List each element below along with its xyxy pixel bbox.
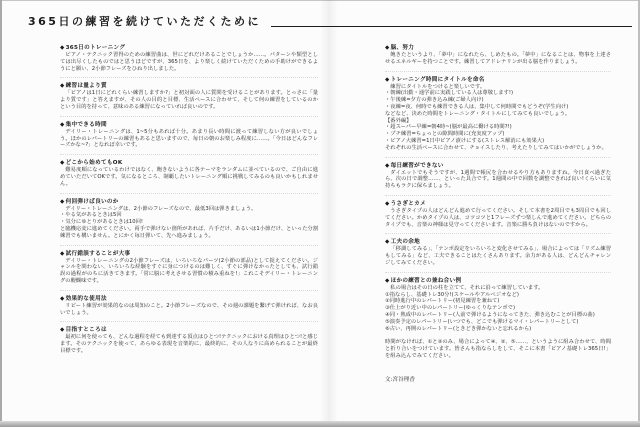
section-heading: ◆365日のトレーニング (60, 44, 318, 52)
text-section: ◆トレーニング時間にタイトルを命名 練習にタイトルをつけると楽しいです。 ・朝練… (385, 71, 611, 157)
diamond-bullet-icon: ◆ (385, 45, 390, 51)
text-section: ◆365日のトレーニング ピアノ・テクニック習得のための練習曲は、世にどれだけあ… (60, 44, 318, 77)
diamond-bullet-icon: ◆ (385, 278, 390, 284)
section-heading-text: トレーニング時間にタイトルを命名 (391, 77, 485, 83)
text-section: ◆毎日練習ができない ダイエットでもそうですが、1週間で帳尻を合わせるやり方もあ… (385, 157, 611, 195)
diamond-bullet-icon: ◆ (60, 83, 65, 89)
section-heading-text: 365日のトレーニング (66, 45, 126, 51)
diamond-bullet-icon: ◆ (60, 160, 65, 166)
diamond-bullet-icon: ◆ (60, 122, 65, 128)
diamond-bullet-icon: ◆ (60, 45, 65, 51)
section-heading-text: 脳、努力 (391, 45, 415, 51)
section-body-text: 私の場合はその日の柱を立てて、それに沿って練習しています。 ①指ならし、基礎トレ… (385, 285, 611, 360)
section-heading-text: どこから始めてもOK (66, 160, 123, 166)
section-body-text: リピート練習が効果的なのは周知のこと。2小節フレーズなので、その週の課題を繋げて… (60, 303, 318, 317)
section-body-text: デイリー・トレーニングは、2小節のフレーズなので、最低3回は弾きましょう。 ・や… (60, 206, 318, 240)
section-body-text: 練習にタイトルをつけると楽しいです。 ・朝練(出勤・通学前に実践している人は尊敬… (385, 84, 611, 152)
section-heading: ◆集中できる時間 (60, 121, 318, 129)
text-section: ◆試行錯誤することが大事 デイリー・トレーニングの2小節フレーズは、いろいろなパ… (60, 245, 318, 290)
diamond-bullet-icon: ◆ (60, 199, 65, 205)
section-heading-text: 目指すところは (66, 327, 107, 333)
section-heading-text: 工夫の余地 (391, 239, 420, 245)
text-section: ◆何回弾けば良いのか デイリー・トレーニングは、2小節のフレーズなので、最低3回… (60, 193, 318, 245)
section-heading-text: 毎日練習ができない (391, 163, 444, 169)
text-section: ◆うさぎとカメ うさぎタイプの人はどんどん進めて行ってください。そして本書を2周… (385, 195, 611, 233)
section-body-text: 「ピアノは1日にどれくらい練習しますか?」と初対面の人に質問を受けることがありま… (60, 90, 318, 110)
diamond-bullet-icon: ◆ (60, 296, 65, 302)
section-heading: ◆効果的な使用法 (60, 295, 318, 303)
section-heading: ◆脳、努力 (385, 44, 611, 52)
text-section: ◆工夫の余地 「移調してみる」、「テンポ設定をいろいろと変化させてみる」、場合に… (385, 233, 611, 271)
diamond-bullet-icon: ◆ (60, 327, 65, 333)
right-page-column: ◆脳、努力 飽きたというより、「夢中」になれたら、しめたもの。「夢中」になること… (385, 44, 611, 383)
text-section: ◆効果的な使用法 リピート練習が効果的なのは周知のこと。2小節フレーズなので、そ… (60, 290, 318, 322)
page-edge-bottom (0, 421, 640, 427)
section-heading-text: うさぎとカメ (391, 201, 426, 207)
author-credit: 文:宮谷理香 (385, 375, 611, 383)
text-section: ◆脳、努力 飽きたというより、「夢中」になれたら、しめたもの。「夢中」になること… (385, 44, 611, 71)
section-body-text: ピアノ・テクニック習得のための練習曲は、世にどれだけあることでしょうか……。パタ… (60, 52, 318, 72)
diamond-bullet-icon: ◆ (60, 251, 65, 257)
book-spread: 365日の練習を続けていただくために ◆365日のトレーニング ピアノ・テクニッ… (0, 0, 640, 427)
diamond-bullet-icon: ◆ (385, 163, 390, 169)
section-body-text: デイリー・トレーニングは、1~5分もあれば十分。あまり長い時間に渡って練習しない… (60, 129, 318, 149)
section-heading: ◆試行錯誤することが大事 (60, 250, 318, 258)
title-rule (271, 26, 632, 27)
section-heading: ◆何回弾けば良いのか (60, 198, 318, 206)
diamond-bullet-icon: ◆ (385, 201, 390, 207)
text-section: ◆ほかの練習との兼ね合い例 私の場合はその日の柱を立てて、それに沿って練習してい… (385, 272, 611, 365)
section-heading: ◆毎日練習ができない (385, 162, 611, 170)
section-heading-text: ほかの練習との兼ね合い例 (391, 278, 462, 284)
section-heading: ◆うさぎとカメ (385, 200, 611, 208)
text-section: ◆集中できる時間 デイリー・トレーニングは、1~5分もあれば十分。あまり長い時間… (60, 116, 318, 154)
section-body-text: 「移調してみる」、「テンポ設定をいろいろと変化させてみる」、場合によっては「リズ… (385, 246, 611, 266)
page-title: 365日の練習を続けていただくために (28, 13, 261, 29)
page-edge-left (0, 0, 2, 427)
section-heading: ◆トレーニング時間にタイトルを命名 (385, 76, 611, 84)
diamond-bullet-icon: ◆ (385, 77, 390, 83)
section-body-text: 最初に何を使っても、どんな過程を経ても到達する頂点はひとつ!テクニックにおける真… (60, 334, 318, 354)
title-row: 365日の練習を続けていただくために (28, 13, 632, 29)
right-page-sections: ◆脳、努力 飽きたというより、「夢中」になれたら、しめたもの。「夢中」になること… (385, 44, 611, 365)
diamond-bullet-icon: ◆ (385, 239, 390, 245)
section-body-text: うさぎタイプの人はどんどん進めて行ってください。そして本書を2周目でも3周目でも… (385, 208, 611, 228)
text-section: ◆練習は量より質 「ピアノは1日にどれくらい練習しますか?」と初対面の人に質問を… (60, 77, 318, 115)
section-body-text: 難易度順になっているわけではなく、飽きないように各テーマをランダムに並べているの… (60, 167, 318, 187)
section-body-text: ダイエットでもそうですが、1週間で帳尻を合わせるやり方もありますね。今日食べ過ぎ… (385, 170, 611, 190)
section-heading-text: 集中できる時間 (66, 122, 107, 128)
left-page-column: ◆365日のトレーニング ピアノ・テクニック習得のための練習曲は、世にどれだけあ… (60, 44, 318, 383)
text-section: ◆目指すところは 最初に何を使っても、どんな過程を経ても到達する頂点はひとつ!テ… (60, 321, 318, 359)
section-heading-text: 効果的な使用法 (66, 296, 107, 302)
section-heading-text: 試行錯誤することが大事 (66, 251, 131, 257)
section-body-text: 飽きたというより、「夢中」になれたら、しめたもの。「夢中」になることは、物事を上… (385, 52, 611, 66)
text-columns: ◆365日のトレーニング ピアノ・テクニック習得のための練習曲は、世にどれだけあ… (60, 44, 611, 383)
text-section: ◆どこから始めてもOK 難易度順になっているわけではなく、飽きないように各テーマ… (60, 154, 318, 192)
section-heading: ◆ほかの練習との兼ね合い例 (385, 277, 611, 285)
section-heading-text: 練習は量より質 (66, 83, 107, 89)
section-heading-text: 何回弾けば良いのか (66, 199, 119, 205)
section-body-text: デイリー・トレーニングの2小節フレーズは、いろいろなパーツ(2小節の部品)として… (60, 258, 318, 285)
section-heading: ◆どこから始めてもOK (60, 159, 318, 167)
